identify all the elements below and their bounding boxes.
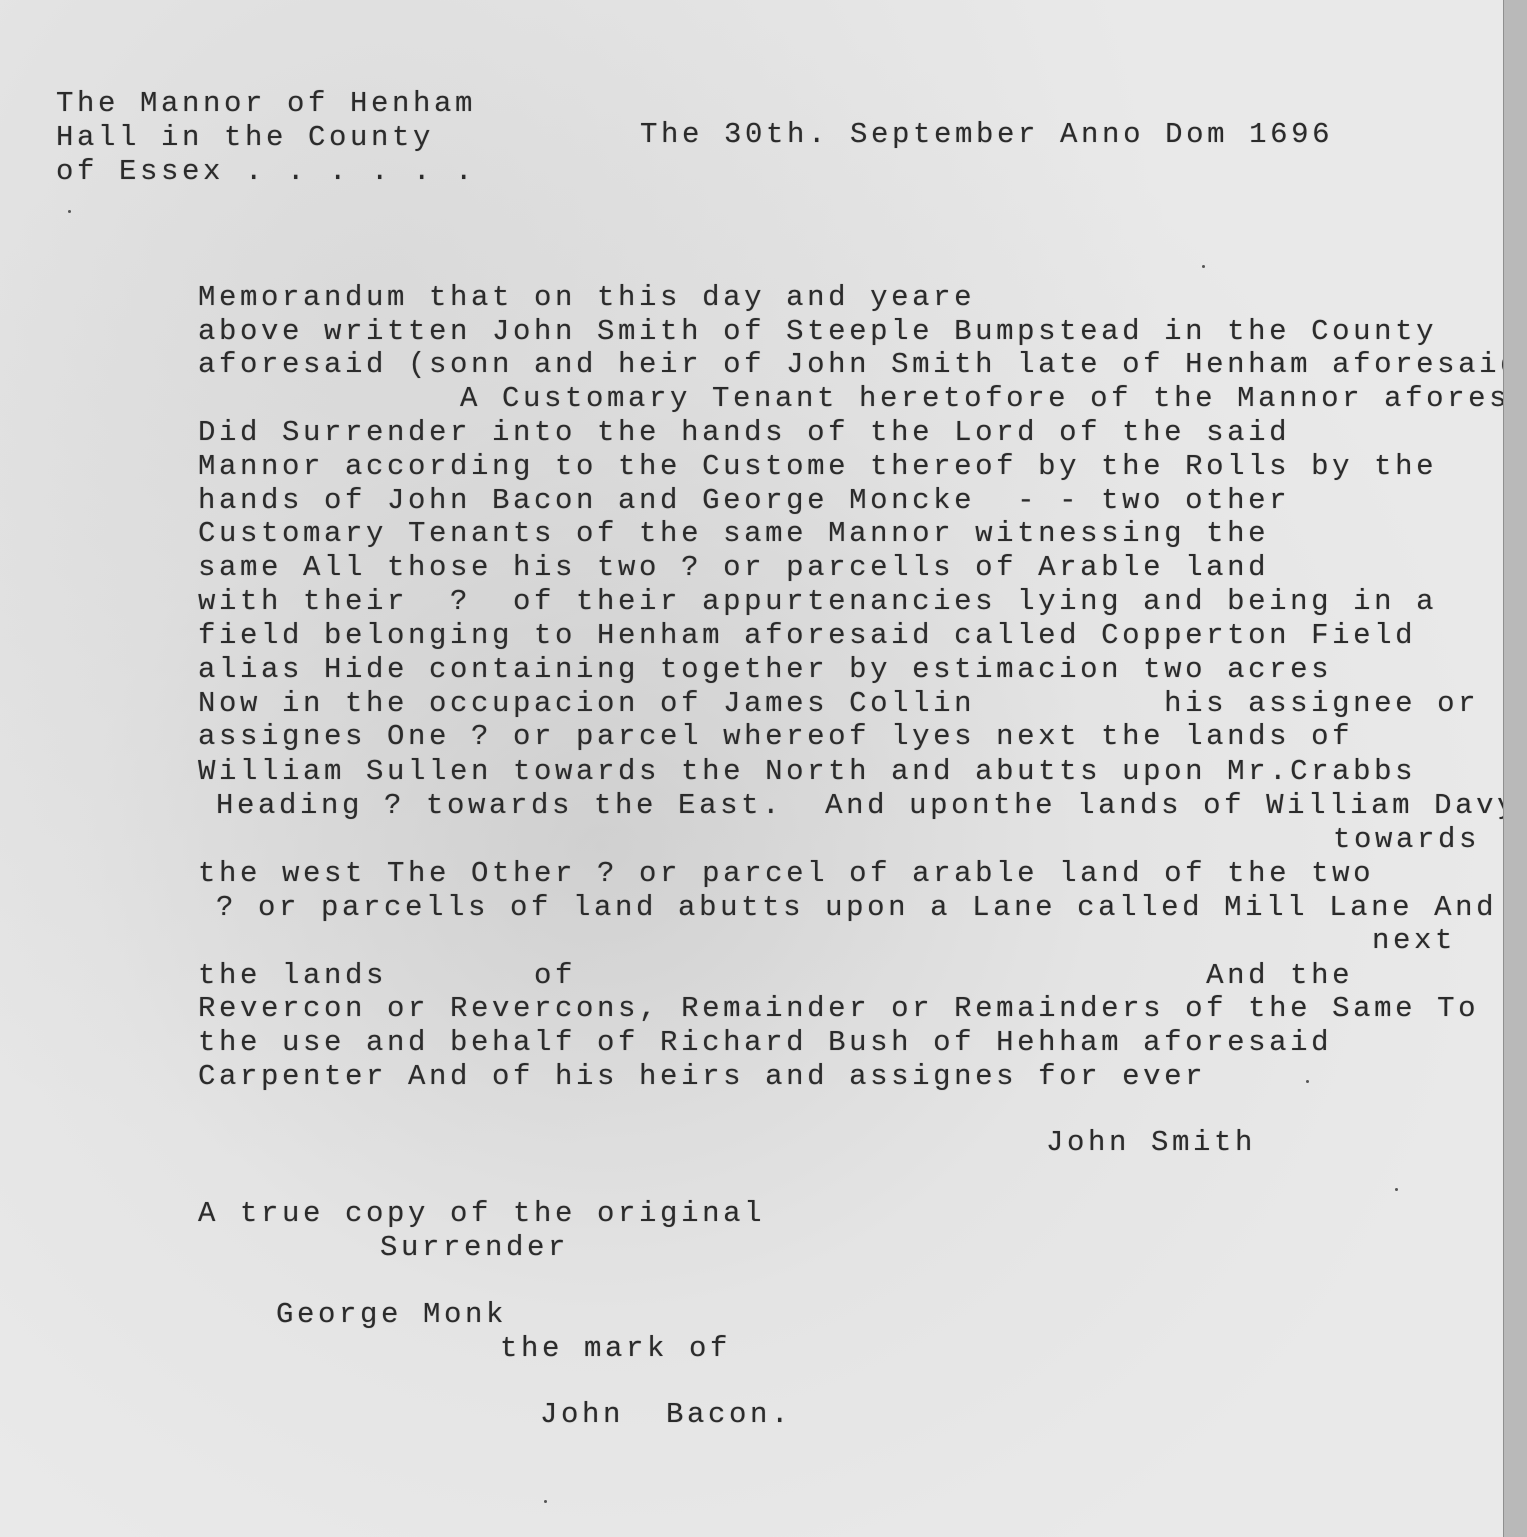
paper-speck [68,210,71,213]
paper-speck [1395,1188,1398,1191]
body-line: Mannor according to the Custome thereof … [198,450,1437,484]
body-line: William Sullen towards the North and abu… [198,755,1416,789]
true-copy-line-2: Surrender [380,1231,569,1265]
body-line: the lands of And the [198,959,1353,993]
mark-of-label: the mark of [500,1332,731,1366]
body-line: Heading ? towards the East. And uponthe … [216,789,1518,823]
paper-speck [1202,265,1205,268]
page-edge-shadow [1503,0,1527,1537]
body-line: Carpenter And of his heirs and assignes … [198,1060,1206,1094]
signature-john-bacon: John Bacon. [540,1398,792,1432]
paper-speck [1306,1080,1309,1083]
true-copy-line-1: A true copy of the original [198,1197,765,1231]
body-line: aforesaid (sonn and heir of John Smith l… [198,348,1527,382]
body-line: hands of John Bacon and George Moncke - … [198,484,1290,518]
manor-line-1: The Mannor of Henham [56,87,476,121]
manor-line-3: of Essex . . . . . . [56,155,476,189]
signature-george-monk: George Monk [276,1298,507,1332]
body-line: with their ? of their appurtenancies lyi… [198,585,1437,619]
body-line: towards [1333,823,1480,857]
body-line: the use and behalf of Richard Bush of He… [198,1026,1332,1060]
document-page: The Mannor of Henham Hall in the County … [0,0,1503,1537]
body-line: Revercon or Revercons, Remainder or Rema… [198,992,1479,1026]
signature-john-smith: John Smith [1046,1126,1256,1160]
paper-speck [544,1500,547,1503]
document-date: The 30th. September Anno Dom 1696 [640,118,1333,152]
body-line: next [1372,924,1456,958]
body-line: A Customary Tenant heretofore of the Man… [460,382,1527,416]
body-line: above written John Smith of Steeple Bump… [198,315,1437,349]
body-line: same All those his two ? or parcells of … [198,551,1269,585]
body-line: Memorandum that on this day and yeare [198,281,975,315]
manor-line-2: Hall in the County [56,121,434,155]
body-line: assignes One ? or parcel whereof lyes ne… [198,720,1353,754]
body-line: Now in the occupacion of James Collin hi… [198,687,1479,721]
body-line: field belonging to Henham aforesaid call… [198,619,1416,653]
body-line: Did Surrender into the hands of the Lord… [198,416,1290,450]
body-line: Customary Tenants of the same Mannor wit… [198,517,1269,551]
body-line: the west The Other ? or parcel of arable… [198,857,1374,891]
body-line: alias Hide containing together by estima… [198,653,1332,687]
body-line: ? or parcells of land abutts upon a Lane… [216,891,1497,925]
